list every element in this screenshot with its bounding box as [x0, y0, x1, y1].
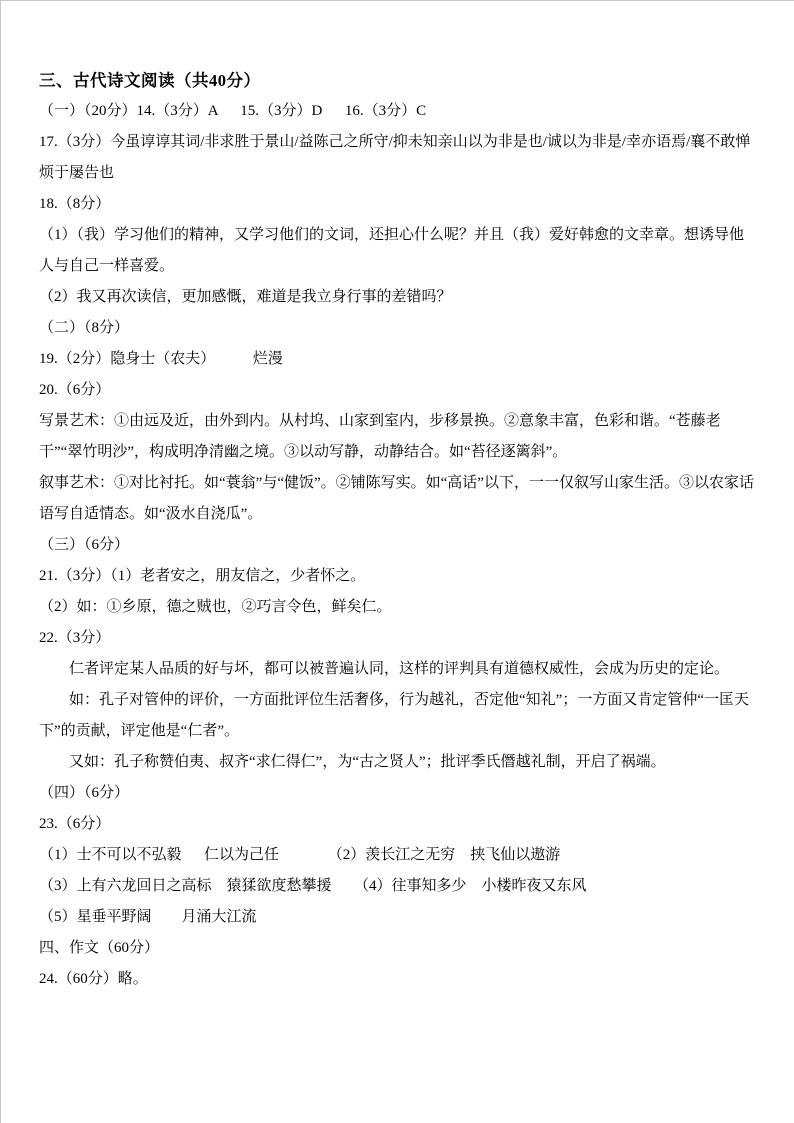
line-answer-23-3-4: （3）上有六龙回日之高标 猿猱欲度愁攀援 （4）往事知多少 小楼昨夜又东风 [39, 871, 758, 902]
line-answer-21-2: （2）如：①乡原，德之贼也，②巧言令色，鲜矣仁。 [39, 592, 758, 623]
line-answer-20: 20.（6分） [39, 375, 758, 406]
line-answer-23-5: （5）星垂平野阔 月涌大江流 [39, 902, 758, 933]
line-answer-20-narrative: 叙事艺术：①对比衬托。如“蓑翁”与“健饭”。②铺陈写实。如“高话”以下，一一仅叙… [39, 468, 758, 530]
line-answer-18: 18.（8分） [39, 189, 758, 220]
line-answer-23-1-2: （1）士不可以不弘毅 仁以为己任 （2）羡长江之无穷 挟飞仙以遨游 [39, 840, 758, 871]
line-answer-23: 23.（6分） [39, 809, 758, 840]
section-heading: 三、古代诗文阅读（共40分） [39, 65, 758, 96]
line-section-3: （三）（6分） [39, 530, 758, 561]
line-answer-22-para-3: 又如：孔子称赞伯夷、叔齐“求仁得仁”，为“古之贤人”；批评季氏僭越礼制，开启了祸… [39, 747, 758, 778]
document-page: 三、古代诗文阅读（共40分） （一）（20分）14.（3分）A 15.（3分）D… [0, 0, 794, 1123]
line-section-4: （四）（6分） [39, 778, 758, 809]
line-answer-21-1: 21.（3分）（1）老者安之，朋友信之，少者怀之。 [39, 561, 758, 592]
line-answer-18-1: （1）（我）学习他们的精神，又学习他们的文词，还担心什么呢？并且（我）爱好韩愈的… [39, 220, 758, 282]
line-answer-19: 19.（2分）隐身士（农夫） 烂漫 [39, 344, 758, 375]
line-answer-22: 22.（3分） [39, 623, 758, 654]
line-choice-answers: （一）（20分）14.（3分）A 15.（3分）D 16.（3分）C [39, 96, 758, 127]
line-section-2: （二）（8分） [39, 313, 758, 344]
line-section-essay: 四、作文（60分） [39, 933, 758, 964]
line-answer-17: 17.（3分）今虽谆谆其词/非求胜于景山/益陈己之所守/抑未知亲山以为非是也/诚… [39, 127, 758, 189]
line-answer-22-para-2: 如：孔子对管仲的评价，一方面批评位生活奢侈，行为越礼，否定他“知礼”；一方面又肯… [39, 685, 758, 747]
line-answer-18-2: （2）我又再次读信，更加感慨，难道是我立身行事的差错吗？ [39, 282, 758, 313]
line-answer-20-scene: 写景艺术：①由远及近，由外到内。从村坞、山家到室内，步移景换。②意象丰富，色彩和… [39, 406, 758, 468]
line-answer-24: 24.（60分）略。 [39, 964, 758, 995]
line-answer-22-para-1: 仁者评定某人品质的好与坏，都可以被普遍认同，这样的评判具有道德权威性，会成为历史… [39, 654, 758, 685]
